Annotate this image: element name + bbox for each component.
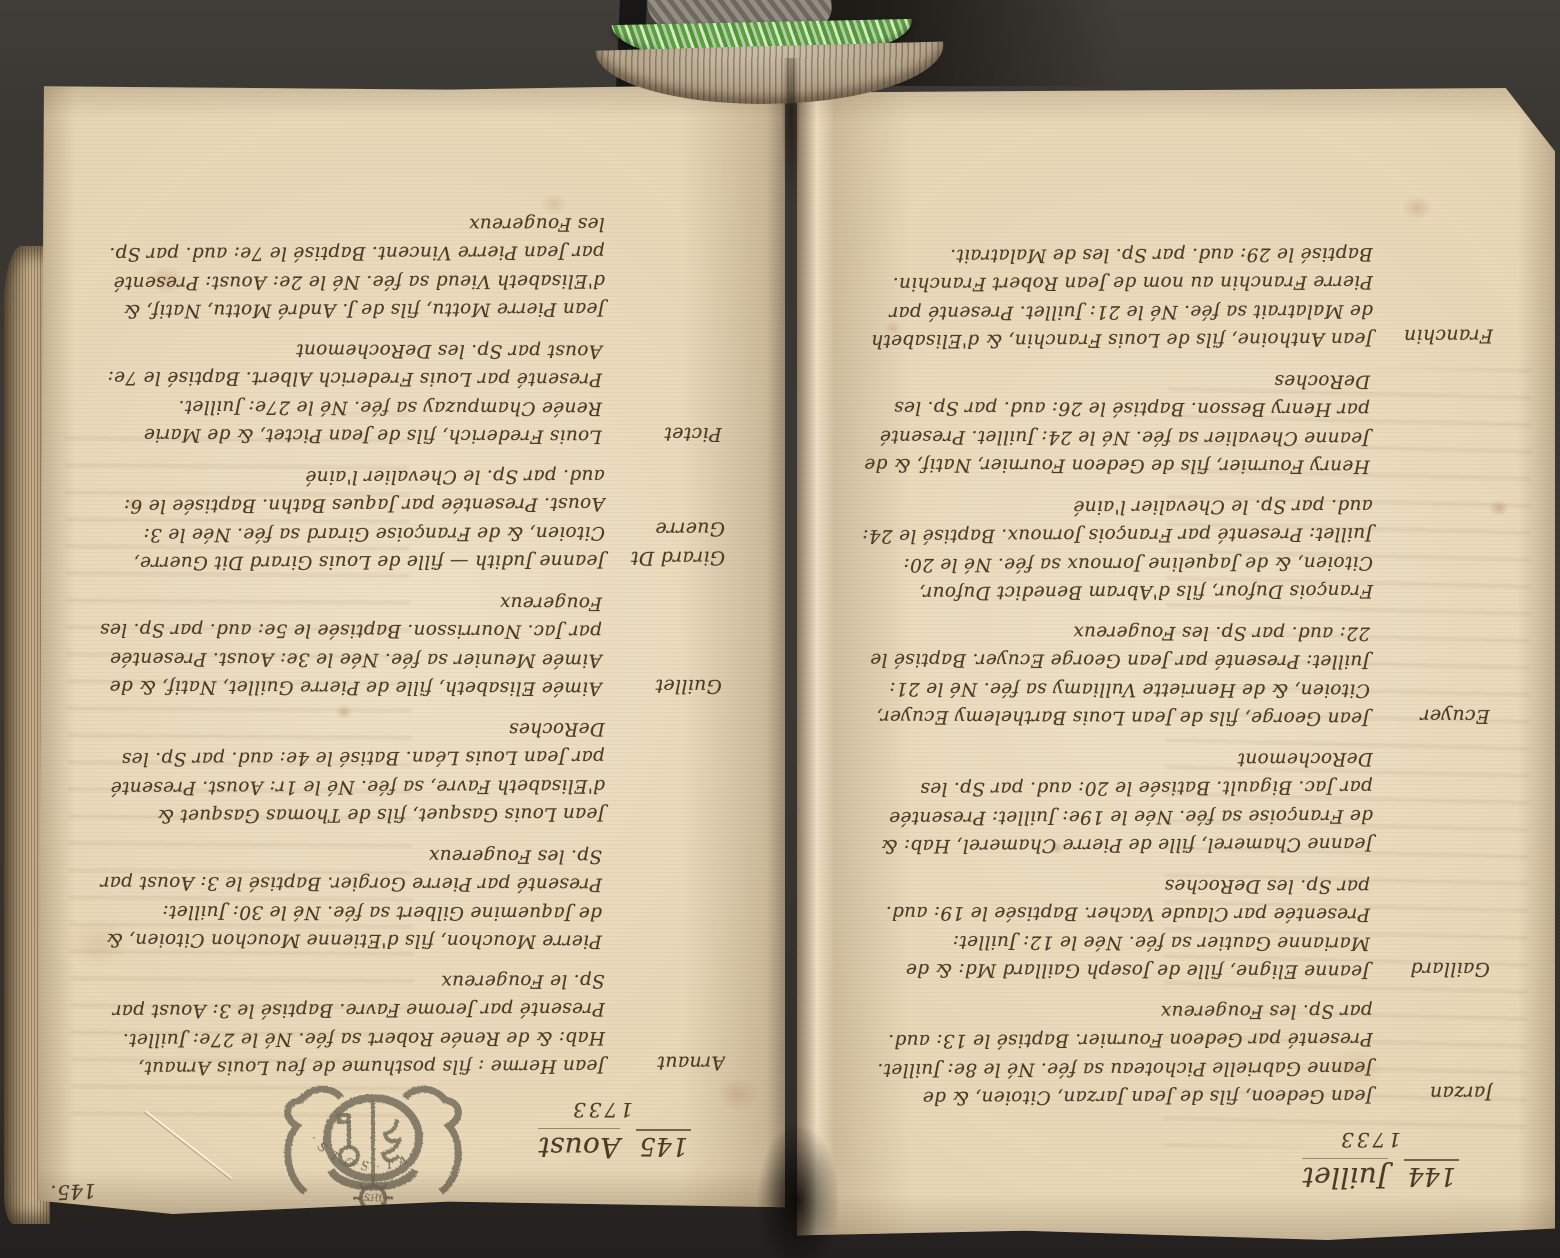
entry-margin-name: Gaillard (1380, 871, 1490, 985)
entry-text: Henry Fournier, fils de Gedeon Fournier,… (861, 365, 1370, 480)
entry-margin-name (1380, 367, 1490, 481)
folio-number: 144 (1404, 1159, 1459, 1191)
entry-margin-name: Franchin (1383, 238, 1493, 352)
baptism-entries: Jarzan Jean Gedeon, fils de Jean Jarzan,… (861, 240, 1493, 1110)
entry-margin-name: Guillet (612, 589, 722, 703)
baptism-entry: Pictet Louis Frederich, fils de Jean Pic… (94, 335, 722, 450)
baptism-entry: Jean Louis Gasquet, fils de Thomas Gasqu… (94, 713, 725, 829)
manuscript-page-145: 145. (38, 84, 785, 1214)
baptism-entry: François Dufour, fils d'Abram Benedict D… (861, 491, 1493, 607)
baptism-entry: Jarzan Jean Gedeon, fils de Jean Jarzan,… (861, 995, 1493, 1111)
baptism-entry: Gaillard Jeanne Eligne, fille de Joseph … (861, 870, 1490, 985)
entry-margin-name: Jarzan (1383, 995, 1493, 1109)
stamp-crest-letters: IHS (364, 1191, 383, 1201)
entry-text: Jean George, fils de Jean Louis Barthele… (861, 617, 1370, 732)
entry-margin-name: Girard Dt Guerre (615, 461, 725, 575)
manuscript-page-144: 144 Juillet 1733 Jarzan Jean Gedeon, fil… (797, 88, 1555, 1240)
baptism-entry: Jean Pierre Mottu, fils de J. André Mott… (94, 208, 725, 324)
baptism-entry: Ecuyer Jean George, fils de Jean Louis B… (861, 617, 1490, 732)
year-heading: 1733 (861, 1128, 1401, 1152)
baptism-entry: Arnaut Jean Herme : fils posthume de feu… (94, 965, 725, 1081)
entry-text: Pierre Mouchon, fils d'Etienne Mouchon C… (94, 840, 602, 955)
entry-text: Jeanne Chamerel, fille de Pierre Chamere… (861, 744, 1373, 859)
entry-margin-name (1383, 743, 1493, 857)
entry-text: Louis Frederich, fils de Jean Pictet, & … (94, 335, 602, 450)
page-content-rotated: 145. (38, 84, 785, 1214)
baptism-entry: Jeanne Chamerel, fille de Pierre Chamere… (861, 743, 1493, 859)
photo-of-register: 145. (0, 0, 1560, 1258)
entry-text: Jean Louis Gasquet, fils de Thomas Gasqu… (94, 714, 605, 829)
entry-margin-name: Arnaut (615, 965, 725, 1079)
folio-number: 145 (636, 1129, 691, 1161)
month-heading: Juillet (1302, 1158, 1388, 1194)
entry-text: Jean Pierre Mottu, fils de J. André Mott… (94, 209, 605, 324)
geneva-arms-ink-stamp: IHS · S T O S · I A · (275, 1070, 471, 1214)
baptism-entries: Arnaut Jean Herme : fils posthume de feu… (94, 210, 725, 1080)
entry-margin-name: Pictet (612, 337, 722, 451)
gutter-crease-shadow (780, 58, 802, 358)
baptism-entry: Girard Dt Guerre Jeanne Judith — fille d… (94, 461, 725, 577)
entry-margin-name (615, 713, 725, 827)
entry-margin-name (612, 841, 722, 955)
corner-folio-number: 145. (49, 1179, 96, 1205)
entry-text: François Dufour, fils d'Abram Benedict D… (861, 491, 1373, 606)
entry-margin-name (1383, 491, 1493, 605)
baptism-entry: Guillet Aimée Elisabeth, fille de Pierre… (94, 587, 722, 702)
baptism-entry: Franchin Jean Anthoine, fils de Louis Fr… (861, 238, 1493, 354)
entry-text: Jeanne Judith — fille de Louis Girard Di… (94, 461, 605, 576)
baptism-entry: Henry Fournier, fils de Gedeon Fournier,… (861, 365, 1490, 480)
baptism-entry: Pierre Mouchon, fils d'Etienne Mouchon C… (94, 840, 722, 955)
entry-text: Jean Herme : fils posthume de feu Louis … (94, 966, 605, 1081)
entry-text: Jean Anthoine, fils de Louis Franchin, &… (861, 239, 1373, 354)
entry-margin-name (615, 208, 725, 322)
entry-text: Aimée Elisabeth, fille de Pierre Guillet… (94, 587, 602, 702)
entry-text: Jeanne Eligne, fille de Joseph Gaillard … (861, 870, 1370, 985)
gutter-bottom-shadow (750, 1106, 846, 1258)
month-heading: Aoust (538, 1128, 620, 1164)
entry-margin-name: Ecuyer (1380, 619, 1490, 733)
page-content-rotated: 144 Juillet 1733 Jarzan Jean Gedeon, fil… (797, 88, 1555, 1240)
entry-text: Jean Gedeon, fils de Jean Jarzan, Citoie… (861, 996, 1373, 1111)
page-header: 144 Juillet (861, 1158, 1459, 1194)
